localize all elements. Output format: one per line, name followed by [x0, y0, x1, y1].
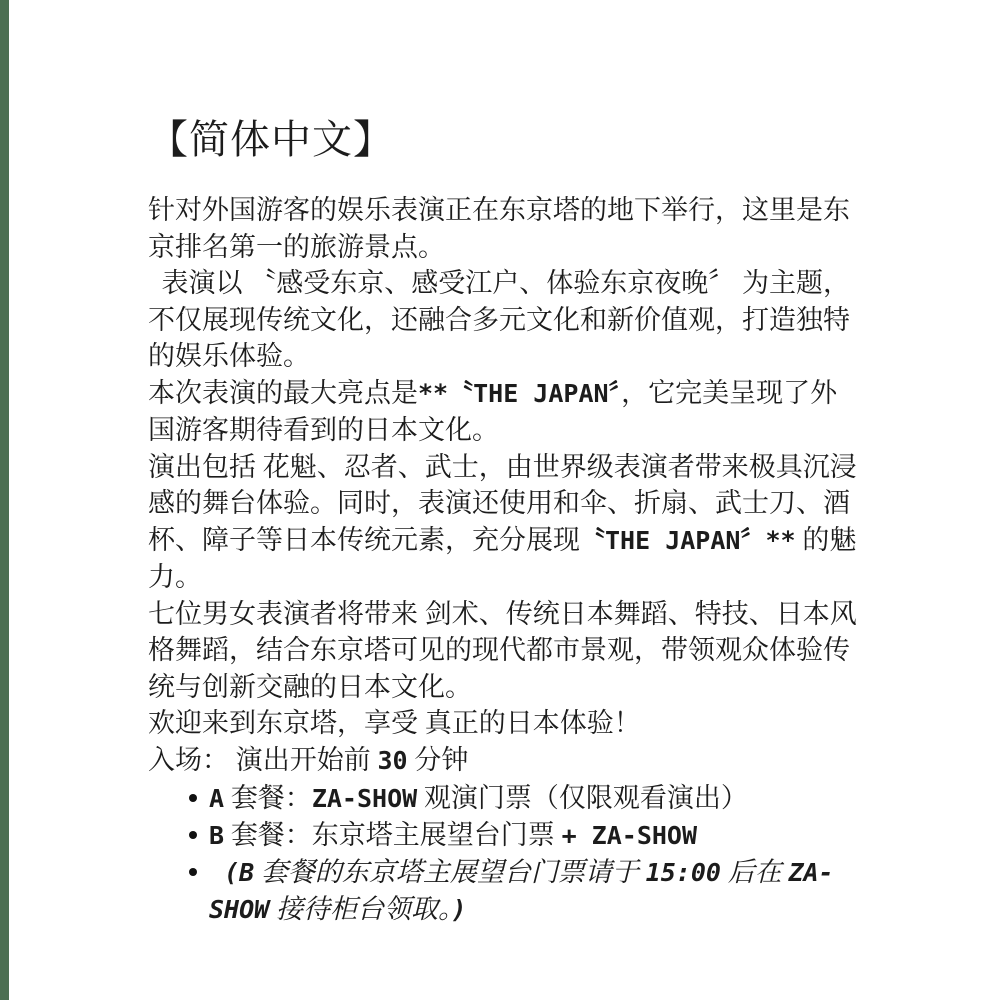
bullet-icon	[189, 868, 197, 876]
text-segment: 后在	[721, 857, 789, 887]
text-segment: )	[451, 895, 466, 924]
text-segment: 接待柜台领取。	[269, 894, 451, 924]
text-segment: B	[209, 821, 224, 850]
text-segment: 〝THE JAPAN〞**	[580, 526, 796, 555]
text-segment: ZA-SHOW	[312, 784, 417, 813]
list-item-text: B 套餐：东京塔主展望台门票 + ZA-SHOW	[209, 817, 864, 854]
list-item-package-b-note: (B 套餐的东京塔主展望台门票请于 15:00 后在 ZA-SHOW 接待柜台领…	[148, 854, 864, 928]
list-item-package-b: B 套餐：东京塔主展望台门票 + ZA-SHOW	[148, 817, 864, 854]
page-edge-strip	[0, 0, 9, 1000]
text-segment: 套餐：	[224, 783, 312, 813]
text-segment: 七位男女表演者将带来 剑术、传统日本舞蹈、特技、日本风格舞蹈，结合东京塔可见的现…	[148, 599, 857, 702]
text-segment: 套餐的东京塔主展望台门票请于	[254, 857, 646, 887]
text-segment: **〝THE JAPAN〞	[418, 379, 621, 408]
text-segment: (B	[209, 858, 254, 887]
document-body: 【简体中文】 针对外国游客的娱乐表演正在东京塔的地下举行，这里是东京排名第一的旅…	[148, 118, 864, 928]
paragraph-performers: 七位男女表演者将带来 剑术、传统日本舞蹈、特技、日本风格舞蹈，结合东京塔可见的现…	[148, 596, 864, 706]
text-segment: 本次表演的最大亮点是	[148, 378, 418, 408]
text-segment: A	[209, 784, 224, 813]
text-segment: 套餐：东京塔主展望台门票	[224, 820, 562, 850]
bullet-icon	[189, 794, 197, 802]
text-segment: 欢迎来到东京塔，享受 真正的日本体验！	[148, 708, 641, 738]
text-segment: 30	[378, 746, 408, 775]
text-segment: 15:00	[646, 858, 721, 887]
bullet-icon	[189, 831, 197, 839]
list-item-text: (B 套餐的东京塔主展望台门票请于 15:00 后在 ZA-SHOW 接待柜台领…	[209, 854, 864, 928]
text-segment: 观演门票（仅限观看演出）	[417, 783, 748, 813]
page: { "page": { "background_color": "#ffffff…	[0, 0, 1000, 1000]
admission-line: 入场： 演出开始前 30 分钟	[148, 742, 864, 780]
text-segment: + ZA-SHOW	[562, 821, 697, 850]
section-heading: 【简体中文】	[148, 118, 864, 162]
list-item-package-a: A 套餐：ZA-SHOW 观演门票（仅限观看演出）	[148, 780, 864, 817]
package-list: A 套餐：ZA-SHOW 观演门票（仅限观看演出） B 套餐：东京塔主展望台门票…	[148, 780, 864, 928]
list-item-text: A 套餐：ZA-SHOW 观演门票（仅限观看演出）	[209, 780, 864, 817]
text-segment: 分钟	[408, 745, 469, 775]
text-segment: 入场： 演出开始前	[148, 745, 378, 775]
paragraph-performance: 演出包括 花魁、忍者、武士，由世界级表演者带来极具沉浸感的舞台体验。同时，表演还…	[148, 449, 864, 596]
text-segment: 针对外国游客的娱乐表演正在东京塔的地下举行，这里是东京排名第一的旅游景点。	[148, 195, 850, 262]
paragraph-intro: 针对外国游客的娱乐表演正在东京塔的地下举行，这里是东京排名第一的旅游景点。	[148, 192, 864, 265]
paragraph-highlight: 本次表演的最大亮点是**〝THE JAPAN〞，它完美呈现了外国游客期待看到的日…	[148, 375, 864, 449]
text-segment: 表演以 〝感受东京、感受江户、体验东京夜晚〞 为主题，不仅展现传统文化，还融合多…	[148, 268, 850, 371]
paragraph-welcome: 欢迎来到东京塔，享受 真正的日本体验！	[148, 705, 864, 742]
paragraph-theme: 表演以 〝感受东京、感受江户、体验东京夜晚〞 为主题，不仅展现传统文化，还融合多…	[148, 265, 864, 375]
